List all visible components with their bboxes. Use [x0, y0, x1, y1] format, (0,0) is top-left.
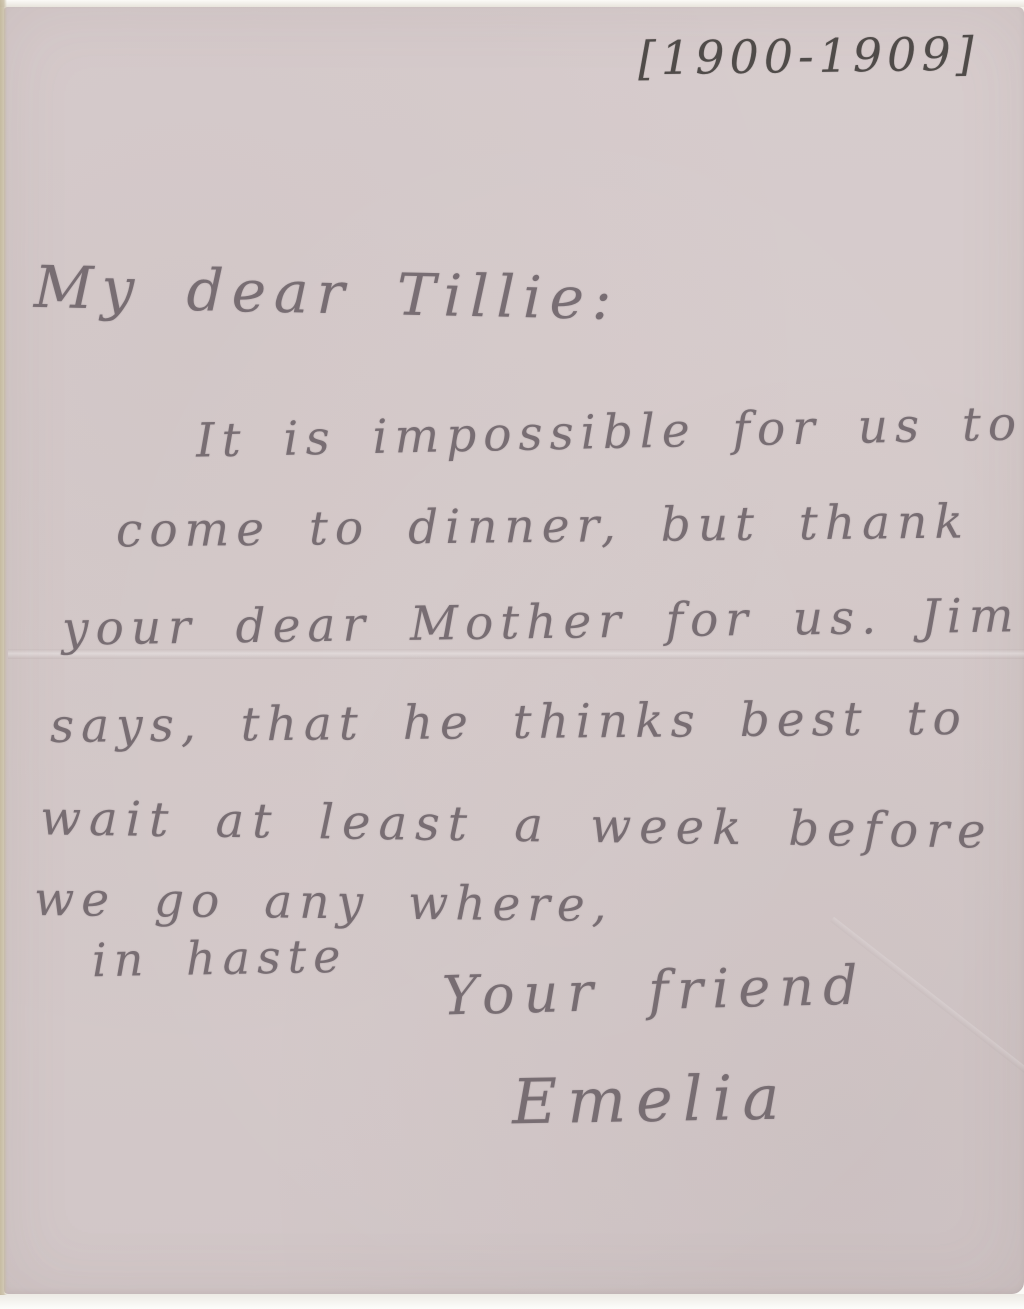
scan-background-top [0, 0, 1024, 7]
body-line-5: wait at least a week before [40, 790, 994, 859]
body-line-4: says, that he thinks best to [50, 691, 968, 754]
closing: Your friend [441, 953, 867, 1027]
diagonal-fold-crease [830, 917, 1024, 1143]
body-line-1: It is impossible for us to [196, 396, 1024, 468]
body-line-2: come to dinner, but thank [116, 495, 970, 559]
signature: Emelia [511, 1061, 790, 1139]
date-annotation: [1900-1909] [638, 27, 979, 86]
salutation: My dear Tillie: [33, 253, 620, 333]
scan-background-bottom [0, 1294, 1024, 1309]
paper-left-edge [0, 0, 7, 1295]
body-line-6: we go any where, [34, 872, 614, 933]
haste-note: in haste [92, 929, 348, 987]
letter-scan: [1900-1909] My dear Tillie: It is imposs… [0, 0, 1024, 1309]
body-line-3: your dear Mother for us. Jim [62, 588, 1021, 656]
letter-paper: [1900-1909] My dear Tillie: It is imposs… [4, 7, 1024, 1294]
